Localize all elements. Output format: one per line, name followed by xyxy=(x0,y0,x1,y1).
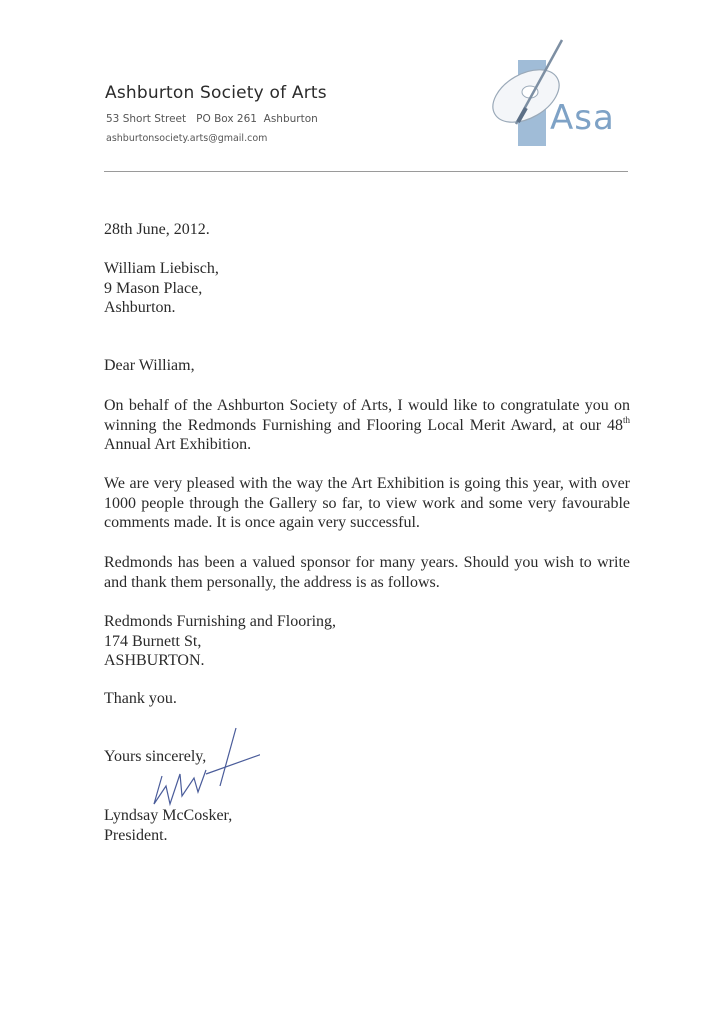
recipient-street: 9 Mason Place, xyxy=(104,279,219,299)
signatory-title: President. xyxy=(104,826,232,846)
letter-date: 28th June, 2012. xyxy=(104,220,210,240)
recipient-town: Ashburton. xyxy=(104,298,219,318)
sponsor-address: Redmonds Furnishing and Flooring, 174 Bu… xyxy=(104,612,336,671)
paragraph-sponsor: Redmonds has been a valued sponsor for m… xyxy=(104,553,630,592)
paragraph-1-end: Annual Art Exhibition. xyxy=(104,436,251,453)
paragraph-1-text: On behalf of the Ashburton Society of Ar… xyxy=(104,397,630,434)
ordinal-suffix: th xyxy=(623,415,630,425)
organization-email: ashburtonsociety.arts@gmail.com xyxy=(106,133,267,144)
salutation: Dear William, xyxy=(104,356,195,376)
header-divider xyxy=(104,171,628,172)
organization-address: 53 Short Street PO Box 261 Ashburton xyxy=(106,113,318,125)
signatory: Lyndsay McCosker, President. xyxy=(104,806,232,845)
sponsor-name: Redmonds Furnishing and Flooring, xyxy=(104,612,336,632)
palette-brush-logo-icon xyxy=(478,36,638,156)
signatory-name: Lyndsay McCosker, xyxy=(104,806,232,826)
paragraph-congratulations: On behalf of the Ashburton Society of Ar… xyxy=(104,396,630,455)
paragraph-exhibition: We are very pleased with the way the Art… xyxy=(104,474,630,533)
recipient-name: William Liebisch, xyxy=(104,259,219,279)
organization-name: Ashburton Society of Arts xyxy=(105,83,327,103)
logo-text: Asa xyxy=(550,98,615,138)
thanks-line: Thank you. xyxy=(104,689,177,709)
sponsor-town: ASHBURTON. xyxy=(104,651,336,671)
sponsor-street: 174 Burnett St, xyxy=(104,632,336,652)
recipient-address: William Liebisch, 9 Mason Place, Ashburt… xyxy=(104,259,219,318)
